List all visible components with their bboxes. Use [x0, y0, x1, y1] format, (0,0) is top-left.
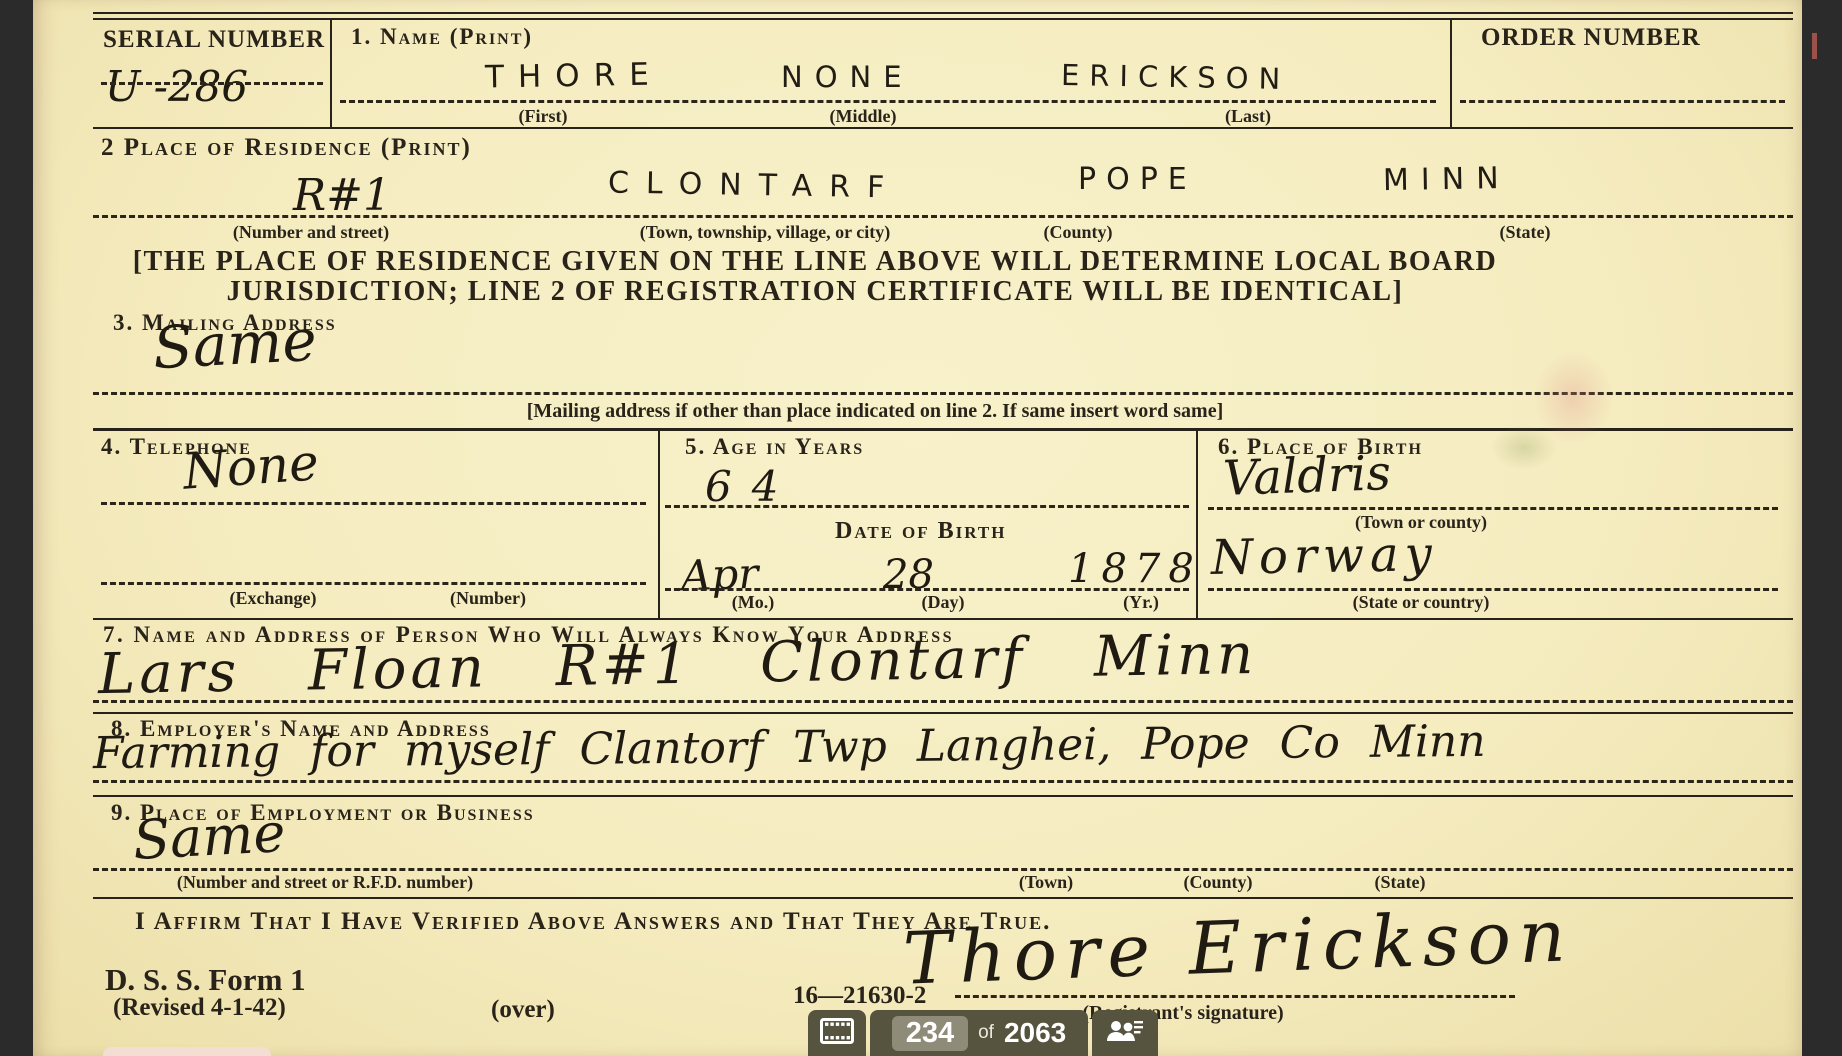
dob-write-line	[665, 588, 1189, 591]
form-over-note: (over)	[491, 996, 555, 1024]
dob-year-sublabel: (Yr.)	[1123, 592, 1159, 613]
jurisdiction-note-line2: JURISDICTION; LINE 2 OF REGISTRATION CER…	[227, 276, 1404, 308]
viewer-screen: SERIAL NUMBER U -286 1. Name (Print) THO…	[0, 0, 1842, 1056]
employment-county-sublabel: (County)	[1183, 872, 1252, 893]
residence-write-line	[93, 215, 1793, 218]
form-revision: (Revised 4-1-42)	[113, 994, 286, 1022]
residence-county-sublabel: (County)	[1043, 222, 1112, 243]
birthplace-country-write-line	[1208, 588, 1778, 591]
name-last-value: ERICKSON	[1061, 58, 1291, 96]
telephone-number-sublabel: (Number)	[450, 588, 526, 609]
telephone-exchange-sublabel: (Exchange)	[230, 588, 317, 609]
employment-state-sublabel: (State)	[1375, 872, 1426, 893]
employer-value: Farming for myself Clantorf Twp Langhei,…	[93, 716, 1486, 779]
dob-day-sublabel: (Day)	[922, 592, 965, 613]
employment-town-sublabel: (Town)	[1019, 872, 1073, 893]
employer-write-line	[93, 780, 1793, 783]
age-value: 64	[705, 462, 798, 511]
serial-name-divider	[330, 18, 332, 127]
birthplace-town-value: Valdris	[1222, 445, 1392, 507]
name-middle-sublabel: (Middle)	[830, 106, 897, 127]
serial-number-label: SERIAL NUMBER	[103, 26, 325, 54]
name-order-divider	[1450, 18, 1452, 127]
dob-month-sublabel: (Mo.)	[732, 592, 774, 613]
residence-state-value: MINN	[1383, 161, 1511, 198]
residence-street-value: R#1	[293, 170, 391, 221]
residence-state-sublabel: (State)	[1500, 222, 1551, 243]
line8-bottom-line	[93, 795, 1793, 797]
employment-place-write-line	[93, 868, 1793, 871]
telephone-age-divider	[658, 428, 660, 618]
name-middle-value: NONE	[781, 60, 914, 94]
form-id: D. S. S. Form 1	[105, 962, 306, 998]
name-first-value: THORE	[485, 56, 663, 95]
birthplace-country-value: Norway	[1211, 526, 1439, 586]
name-write-line	[340, 100, 1436, 103]
employment-street-sublabel: (Number and street or R.F.D. number)	[177, 872, 473, 893]
people-index-icon	[1106, 1017, 1144, 1050]
total-images-label: 2063	[1004, 1017, 1066, 1049]
top-border-line-2	[93, 18, 1793, 20]
birthplace-country-sublabel: (State or country)	[1353, 592, 1490, 613]
film-strip-icon	[820, 1018, 854, 1049]
dob-label: Date of Birth	[835, 518, 1007, 545]
scanned-document-page: SERIAL NUMBER U -286 1. Name (Print) THO…	[33, 0, 1802, 1056]
employment-place-value: Same	[131, 801, 286, 872]
name-label: 1. Name (Print)	[351, 24, 533, 50]
residence-town-value: CLONTARF	[608, 165, 902, 205]
filmstrip-view-button[interactable]	[808, 1010, 866, 1056]
residence-street-sublabel: (Number and street)	[233, 222, 389, 243]
name-first-sublabel: (First)	[519, 106, 568, 127]
serial-number-value: U -286	[105, 62, 248, 111]
residence-label: 2 Place of Residence (Print)	[101, 134, 472, 162]
name-last-sublabel: (Last)	[1225, 106, 1271, 127]
order-write-line	[1460, 100, 1785, 103]
residence-town-sublabel: (Town, township, village, or city)	[640, 222, 891, 243]
residence-county-value: POPE	[1078, 162, 1197, 197]
image-counter-group: 234 of 2063	[870, 1010, 1088, 1056]
telephone-write-line-2	[101, 582, 646, 585]
serial-write-line	[101, 82, 323, 85]
row1-bottom-line	[93, 127, 1793, 129]
film-edge-mark	[1812, 33, 1817, 59]
telephone-value: None	[181, 433, 320, 500]
jurisdiction-note-line1: [THE PLACE OF RESIDENCE GIVEN ON THE LIN…	[133, 246, 1498, 278]
telephone-row-top-line	[93, 428, 1793, 431]
telephone-row-bottom-line	[93, 618, 1793, 620]
dob-year-value: 1878	[1068, 546, 1202, 592]
order-number-label: ORDER NUMBER	[1481, 24, 1701, 52]
mailing-write-line	[93, 392, 1793, 395]
of-label: of	[978, 1022, 994, 1044]
birthplace-town-write-line	[1208, 507, 1778, 510]
contact-write-line	[93, 700, 1793, 703]
current-image-input[interactable]: 234	[892, 1016, 968, 1051]
mailing-value: Same	[151, 306, 318, 382]
mailing-note: [Mailing address if other than place ind…	[527, 400, 1223, 423]
draft-registration-card: SERIAL NUMBER U -286 1. Name (Print) THO…	[93, 10, 1793, 1056]
age-label: 5. Age in Years	[685, 434, 864, 460]
index-panel-button[interactable]	[1092, 1010, 1158, 1056]
line7-bottom-line	[93, 712, 1793, 714]
top-border-line-1	[93, 12, 1793, 14]
bottom-left-tab	[103, 1047, 271, 1056]
telephone-write-line-1	[101, 502, 646, 505]
age-write-line	[665, 505, 1189, 508]
